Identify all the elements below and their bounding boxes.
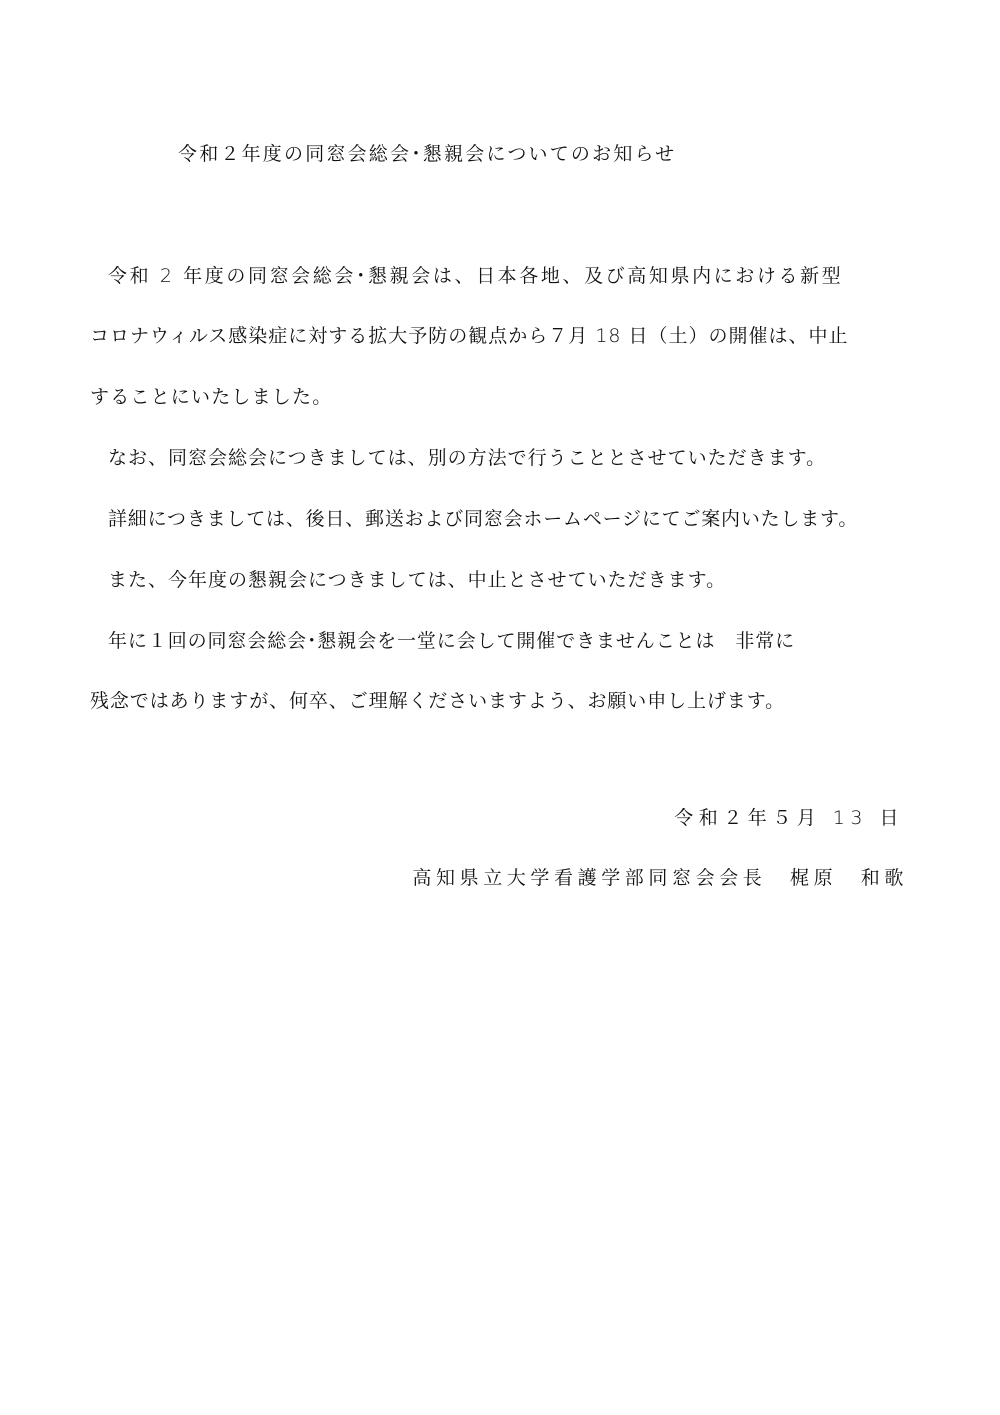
paragraph-5-line-2: 残念ではありますが、何卒、ご理解くださいますよう、お願い申し上げます。	[90, 689, 785, 713]
paragraph-2: なお、同窓会総会につきましては、別の方法で行うこととさせていただきます。	[108, 446, 826, 470]
signature: 高知県立大学看護学部同窓会会長 梶原 和歌	[412, 866, 908, 890]
paragraph-1-line-1: 令和 2 年度の同窓会総会･懇親会は、日本各地、及び高知県内における新型	[108, 264, 843, 288]
paragraph-3: 詳細につきましては、後日、郵送および同窓会ホームページにてご案内いたします。	[108, 507, 858, 531]
document-page: 令和２年度の同窓会総会･懇親会についてのお知らせ 令和 2 年度の同窓会総会･懇…	[0, 0, 1000, 1415]
paragraph-1-line-3: することにいたしました。	[90, 385, 332, 409]
paragraph-1-line-2: コロナウィルス感染症に対する拡大予防の観点から７月 18 日（土）の開催は、中止	[90, 324, 849, 348]
paragraph-5-line-1: 年に１回の同窓会総会･懇親会を一堂に会して開催できませんことは 非常に	[108, 629, 795, 653]
paragraph-4: また、今年度の懇親会につきましては、中止とさせていただきます。	[108, 568, 726, 592]
document-date: 令和２年５月 13 日	[674, 806, 904, 830]
document-title: 令和２年度の同窓会総会･懇親会についてのお知らせ	[178, 142, 676, 166]
